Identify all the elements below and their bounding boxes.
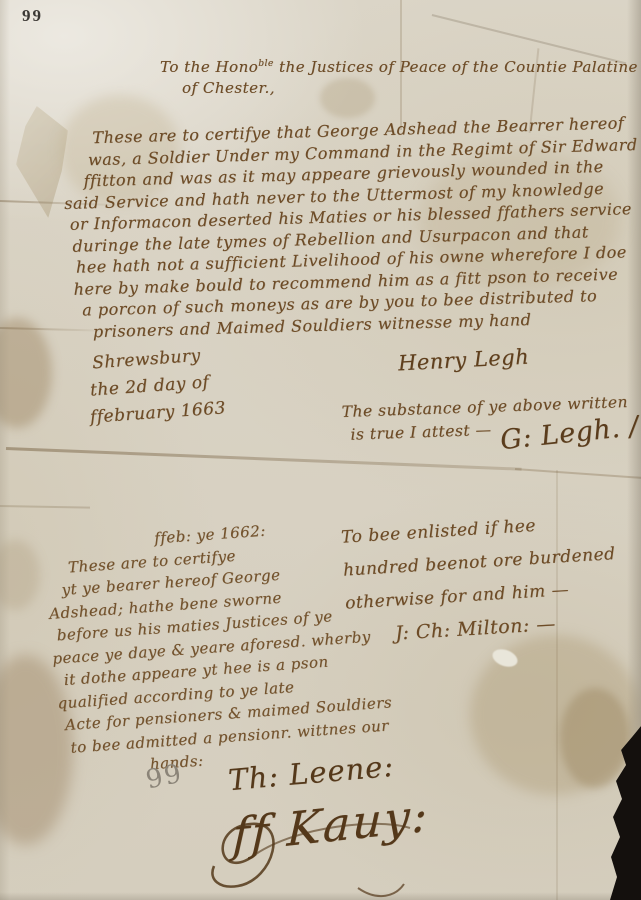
scratch-mark [432, 14, 626, 64]
signature-flourish [178, 788, 468, 900]
signature-henry-legh: Henry Legh [397, 345, 529, 376]
folio-number: 99 [22, 6, 43, 26]
fold-crease [6, 447, 522, 470]
manuscript-scan: 99 To the Honoble the Justices of Peace … [0, 0, 641, 900]
stain [560, 688, 630, 788]
paper-sheet: 99 To the Honoble the Justices of Peace … [0, 0, 641, 900]
letter-body: These are to certifye that George Adshea… [55, 112, 641, 343]
justices-certificate: ffeb: ye 1662: These are to certifye yt … [44, 513, 371, 782]
paper-edge-shading [0, 0, 10, 900]
salutation-text: To the Hono [160, 58, 258, 76]
dateline: Shrewsbury the 2d day of ffebruary 1663 [85, 341, 226, 431]
order-note: To bee enlisted if hee hundred beenot or… [340, 506, 598, 653]
fold-crease [0, 505, 90, 509]
fold-crease [515, 468, 641, 479]
salutation-line2: of Chester., [182, 79, 638, 97]
salutation: To the Honoble the Justices of Peace of … [160, 58, 638, 97]
salutation-text: the Justices of Peace of the Countie Pal… [274, 58, 638, 76]
salutation-superscript: ble [258, 59, 273, 69]
